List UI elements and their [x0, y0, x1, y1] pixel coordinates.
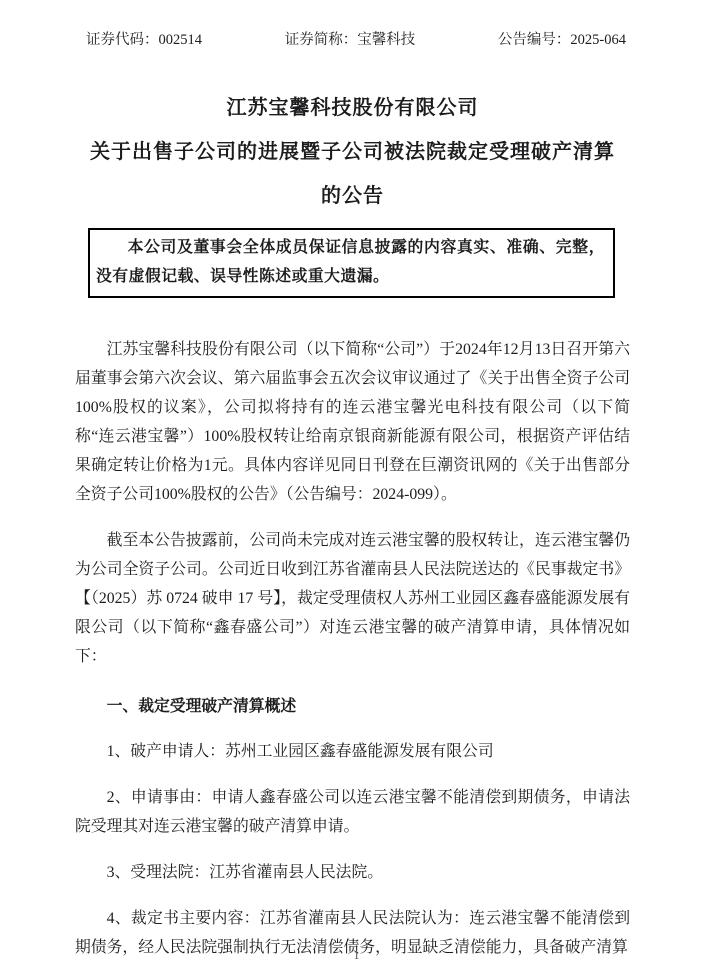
page-number: 1 — [0, 948, 713, 963]
stock-code: 证券代码：002514 — [86, 30, 202, 50]
section-heading-liquidation-overview: 一、裁定受理破产清算概述 — [75, 692, 630, 721]
document-body: 江苏宝馨科技股份有限公司（以下简称“公司”）于2024年12月13日召开第六届董… — [75, 335, 630, 962]
item-bankruptcy-applicant: 1、破产申请人：苏州工业园区鑫春盛能源发展有限公司 — [75, 737, 630, 766]
company-name-title: 江苏宝馨科技股份有限公司 — [75, 86, 630, 130]
disclosure-notice-text: 本公司及董事会全体成员保证信息披露的内容真实、准确、完整，没有虚假记载、误导性陈… — [96, 233, 605, 291]
paragraph-sale-progress: 江苏宝馨科技股份有限公司（以下简称“公司”）于2024年12月13日召开第六届董… — [75, 335, 630, 509]
disclosure-notice-box: 本公司及董事会全体成员保证信息披露的内容真实、准确、完整，没有虚假记载、误导性陈… — [88, 228, 615, 298]
item-accepting-court: 3、受理法院：江苏省灌南县人民法院。 — [75, 858, 630, 887]
paragraph-court-ruling-received: 截至本公告披露前，公司尚未完成对连云港宝馨的股权转让，连云港宝馨仍为公司全资子公… — [75, 526, 630, 671]
announcement-page: 证券代码：002514 证券简称：宝馨科技 公告编号：2025-064 江苏宝馨… — [0, 0, 713, 971]
document-header: 证券代码：002514 证券简称：宝馨科技 公告编号：2025-064 — [75, 30, 630, 50]
announcement-number: 公告编号：2025-064 — [498, 30, 626, 50]
announcement-subject-line2: 的公告 — [75, 174, 630, 218]
stock-short-name: 证券简称：宝馨科技 — [285, 30, 416, 50]
item-application-reason: 2、申请事由：申请人鑫春盛公司以连云港宝馨不能清偿到期债务，申请法院受理其对连云… — [75, 783, 630, 841]
announcement-subject-line1: 关于出售子公司的进展暨子公司被法院裁定受理破产清算 — [75, 130, 630, 174]
title-block: 江苏宝馨科技股份有限公司 关于出售子公司的进展暨子公司被法院裁定受理破产清算 的… — [75, 86, 630, 218]
